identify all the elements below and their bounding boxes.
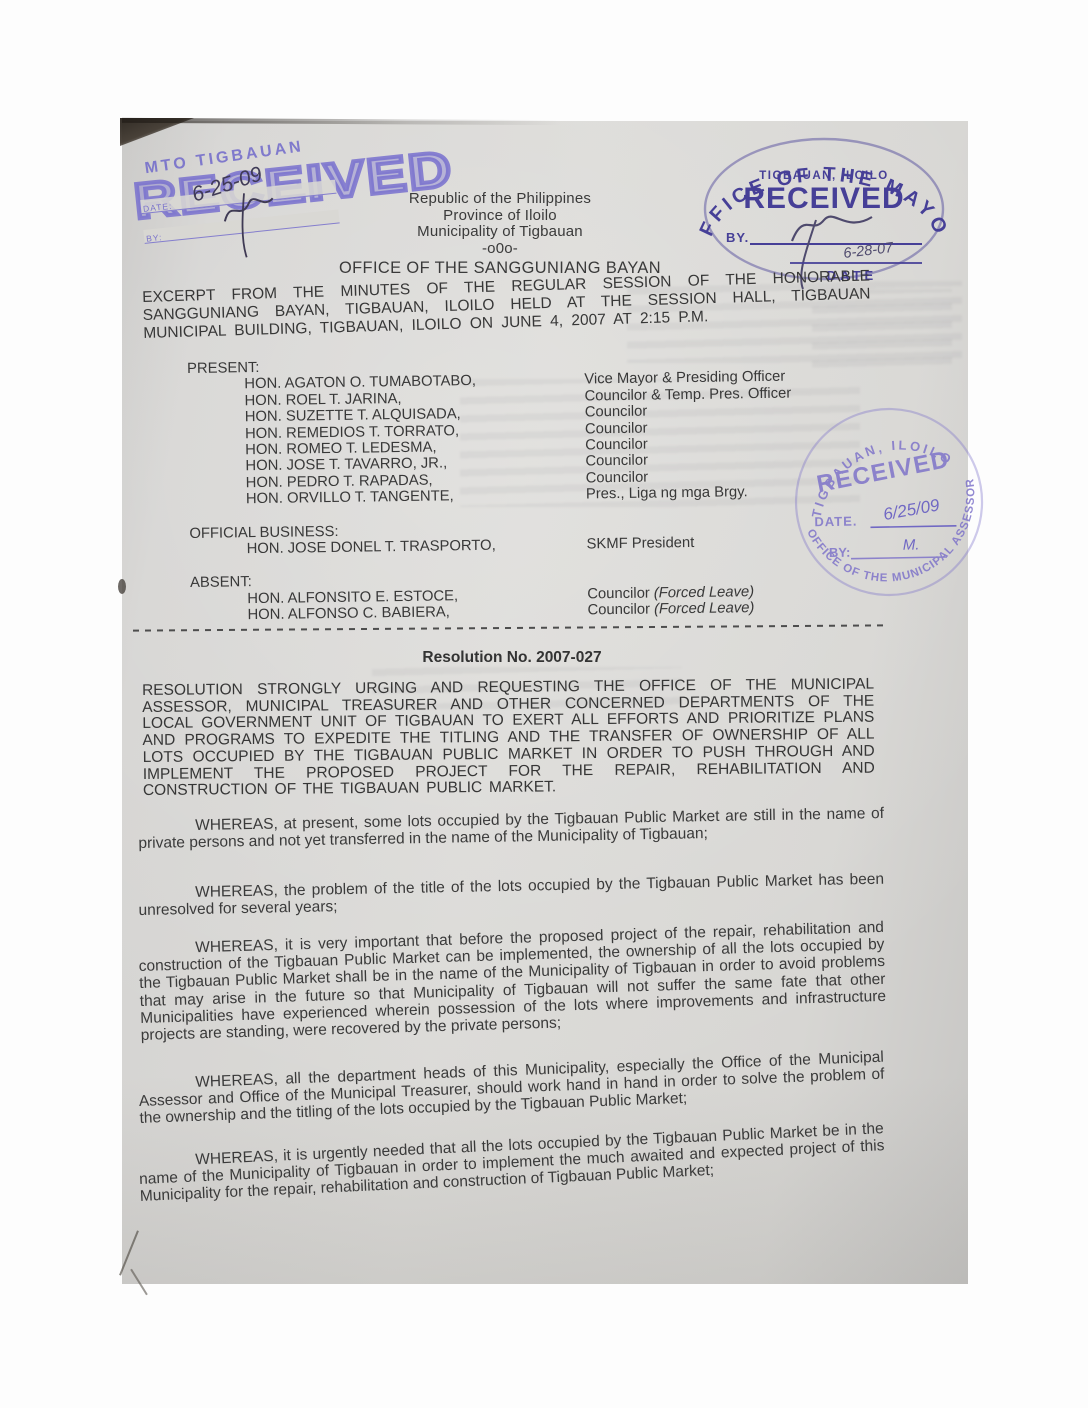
page-top-edge-shadow	[122, 118, 562, 125]
letterhead: Republic of the Philippines Province of …	[240, 191, 760, 277]
member-title: Councilor	[586, 469, 649, 486]
assessor-stamp-handwritten-initials: M.	[903, 536, 920, 553]
mayor-stamp-signature	[792, 217, 872, 241]
scanned-photo-canvas: MTO TIGBAUAN RECEIVED DATE: BY: 6-25-09 …	[0, 0, 1088, 1408]
page-crease-mark	[130, 1269, 148, 1296]
assessor-stamp-date-label: DATE.	[814, 514, 857, 530]
dashed-separator	[133, 624, 885, 632]
letterhead-ornament: -o0o-	[240, 241, 760, 258]
resolution-number: Resolution No. 2007-027	[252, 649, 772, 667]
member-title: Councilor	[585, 420, 648, 437]
member-title: Councilor	[585, 404, 648, 421]
leave-note: (Forced Leave)	[654, 584, 755, 601]
whereas-paragraph: WHEREAS, it is urgently needed that all …	[138, 1120, 886, 1205]
assessor-stamp-date-line	[870, 526, 956, 528]
leave-note: (Forced Leave)	[654, 600, 755, 617]
mayor-stamp-location-text: TIGBAUAN, ILOILO	[759, 170, 888, 182]
member-name: HON. JOSE DONEL T. TRASPORTO,	[247, 537, 587, 558]
member-title: Councilor & Temp. Pres. Officer	[584, 385, 791, 404]
mto-stamp-by-label: BY:	[146, 232, 163, 244]
letterhead-line: Province of Iloilo	[240, 208, 760, 225]
assessor-stamp-handwritten-date: 6/25/09	[882, 495, 942, 524]
member-title: Pres., Liga ng mga Brgy.	[586, 484, 748, 503]
whereas-paragraph: WHEREAS, all the department heads of thi…	[138, 1049, 885, 1128]
member-name: HON. ALFONSO C. BABIERA,	[247, 603, 587, 624]
whereas-paragraph: WHEREAS, the problem of the title of the…	[138, 871, 885, 920]
member-title: SKMF President	[586, 535, 694, 553]
page-crease-mark	[119, 1230, 139, 1275]
page-edge-blemish	[118, 579, 126, 594]
letterhead-line: Municipality of Tigbauan	[240, 224, 760, 241]
letterhead-line: Republic of the Philippines	[240, 191, 760, 208]
mayor-stamp-by-label: BY.	[726, 230, 749, 245]
member-title: Councilor	[585, 453, 648, 470]
assessor-stamp-by-label: BY:	[829, 545, 851, 560]
member-name: HON. ORVILLO T. TANGENTE,	[246, 487, 586, 508]
member-title: Councilor	[585, 437, 648, 454]
document-page: MTO TIGBAUAN RECEIVED DATE: BY: 6-25-09 …	[122, 121, 968, 1284]
whereas-paragraph: WHEREAS, at present, some lots occupied …	[138, 805, 884, 852]
member-title: Councilor(Forced Leave)	[587, 600, 754, 619]
resolution-title-paragraph: RESOLUTION STRONGLY URGING AND REQUESTIN…	[142, 677, 875, 800]
mayor-stamp-received-text: RECEIVED	[743, 182, 904, 215]
whereas-paragraph: WHEREAS, it is very important that befor…	[138, 919, 887, 1044]
assessor-received-stamp: TIGBAUAN, ILOILO RECEIVED OFFICE OF THE …	[782, 393, 995, 612]
